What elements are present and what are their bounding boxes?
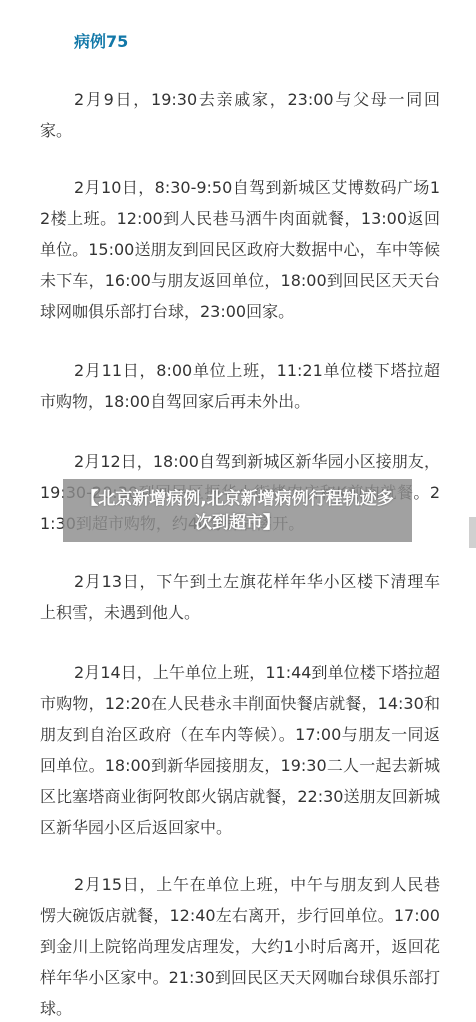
overlay-title: 【北京新增病例,北京新增病例行程轨迹多次到超市】: [78, 487, 398, 535]
itinerary-paragraph-feb13: 2月13日，下午到土左旗花样年华小区楼下清理车上积雪，未遇到他人。: [40, 566, 440, 628]
title-overlay-banner[interactable]: 【北京新增病例,北京新增病例行程轨迹多次到超市】: [63, 479, 412, 542]
itinerary-paragraph-feb9: 2月9日，19:30去亲戚家，23:00与父母一同回家。: [40, 84, 440, 146]
itinerary-paragraph-feb15: 2月15日，上午在单位上班，中午与朋友到人民巷愣大碗饭店就餐，12:40左右离开…: [40, 869, 440, 1022]
case-heading: 病例75: [74, 31, 128, 53]
side-scroll-tab[interactable]: [469, 517, 476, 548]
itinerary-paragraph-feb11: 2月11日，8:00单位上班，11:21单位楼下塔拉超市购物，18:00自驾回家…: [40, 355, 440, 417]
itinerary-paragraph-feb10: 2月10日，8:30-9:50自驾到新城区艾博数码广场12楼上班。12:00到人…: [40, 172, 440, 327]
itinerary-paragraph-feb14: 2月14日，上午单位上班，11:44到单位楼下塔拉超市购物，12:20在人民巷永…: [40, 657, 440, 843]
